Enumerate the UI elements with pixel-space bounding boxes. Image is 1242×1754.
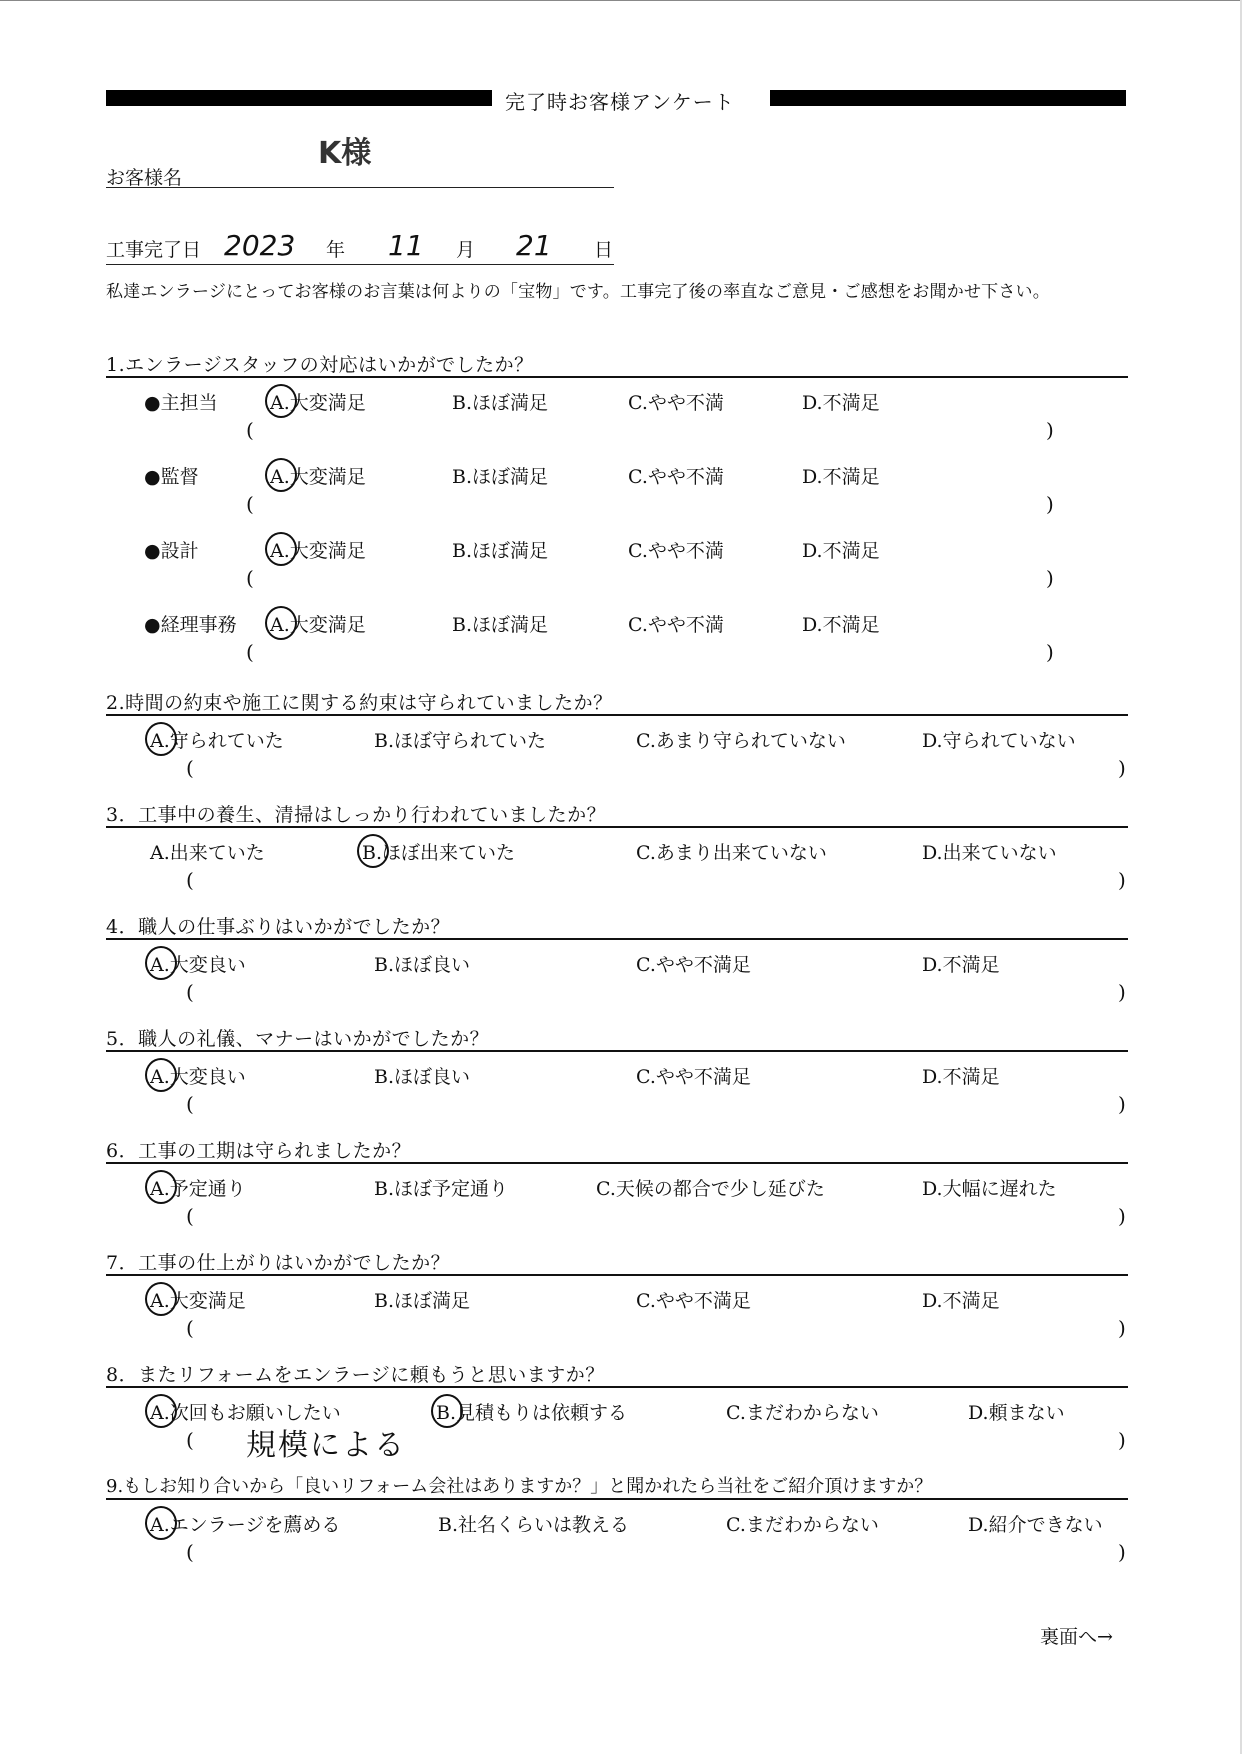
comment-field[interactable]: ( ) — [106, 1540, 1128, 1572]
option-b[interactable]: B.ほぼ満足 — [452, 388, 548, 415]
option-b[interactable]: B.ほぼ守られていた — [374, 726, 546, 753]
option-d[interactable]: D.不満足 — [922, 1062, 1000, 1089]
option-c[interactable]: C.やや不満 — [628, 462, 724, 489]
option-a[interactable]: A.大変満足 — [150, 1286, 246, 1313]
option-label: A.大変満足 — [270, 388, 366, 415]
completion-month-field[interactable]: 11 — [388, 229, 424, 262]
title-bar-left — [106, 90, 492, 106]
option-label: A.大変満足 — [270, 536, 366, 563]
handwritten-comment: 規模による — [246, 1420, 406, 1464]
question-7: 7．工事の仕上がりはいかがでしたか？ A.大変満足 B.ほぼ満足 C.やや不満足… — [106, 1248, 1128, 1348]
customer-name-label: お客様名 — [106, 163, 182, 190]
paren-close: ) — [1046, 640, 1054, 664]
customer-name-field[interactable]: K様 — [318, 128, 371, 172]
completion-year-field[interactable]: 2023 — [224, 229, 295, 262]
completion-day-field[interactable]: 21 — [516, 229, 552, 262]
paren-close: ) — [1118, 980, 1126, 1004]
option-label: A.大変満足 — [270, 610, 366, 637]
option-label: A.守られていた — [150, 726, 284, 753]
option-a[interactable]: A.大変満足 — [270, 536, 366, 563]
options-row: A.予定通り B.ほぼ予定通り C.天候の都合で少し延びた D.大幅に遅れた — [106, 1164, 1128, 1204]
options-row: A.大変満足 B.ほぼ満足 C.やや不満足 D.不満足 — [106, 1276, 1128, 1316]
q1-subitem-design: ●設計 A.大変満足 B.ほぼ満足 C.やや不満 D.不満足 — [106, 526, 1128, 566]
option-label: A.大変満足 — [270, 462, 366, 489]
paren-close: ) — [1118, 1316, 1126, 1340]
option-label: B.見積もりは依頼する — [436, 1398, 627, 1425]
option-a[interactable]: A.予定通り — [150, 1174, 246, 1201]
question-1: 1.エンラージスタッフの対応はいかがでしたか？ ●主担当 A.大変満足 B.ほぼ… — [106, 350, 1128, 672]
option-d[interactable]: D.紹介できない — [968, 1510, 1103, 1537]
question-title: 2.時間の約束や施工に関する約束は守られていましたか？ — [106, 688, 1128, 716]
option-b[interactable]: B.ほぼ良い — [374, 1062, 470, 1089]
options-row: A.大変良い B.ほぼ良い C.やや不満足 D.不満足 — [106, 1052, 1128, 1092]
question-3: 3．工事中の養生、清掃はしっかり行われていましたか？ A.出来ていた B.ほぼ出… — [106, 800, 1128, 900]
option-b[interactable]: B.ほぼ満足 — [374, 1286, 470, 1313]
q1-accounting-comment-field[interactable]: ( ) — [106, 640, 1128, 672]
question-title: 8．またリフォームをエンラージに頼もうと思いますか？ — [106, 1360, 1128, 1388]
option-a[interactable]: A.大変良い — [150, 1062, 246, 1089]
option-b[interactable]: B.ほぼ出来ていた — [362, 838, 515, 865]
day-unit: 日 — [594, 235, 613, 262]
comment-field[interactable]: ( ) — [106, 756, 1128, 788]
option-d[interactable]: D.出来ていない — [922, 838, 1057, 865]
option-d[interactable]: D.守られていない — [922, 726, 1076, 753]
paren-close: ) — [1046, 418, 1054, 442]
paren-open: ( — [186, 1092, 194, 1116]
paren-open: ( — [246, 566, 254, 590]
completion-date-field: 工事完了日 2023 年 11 月 21 日 — [106, 236, 614, 265]
option-d[interactable]: D.不満足 — [802, 536, 880, 563]
question-4: 4．職人の仕事ぶりはいかがでしたか？ A.大変良い B.ほぼ良い C.やや不満足… — [106, 912, 1128, 1012]
paren-open: ( — [186, 1204, 194, 1228]
comment-field[interactable]: ( ) — [106, 1092, 1128, 1124]
option-label: A.エンラージを薦める — [150, 1510, 340, 1537]
option-label: A.大変満足 — [150, 1286, 246, 1313]
q1-subitem-accounting: ●経理事務 A.大変満足 B.ほぼ満足 C.やや不満 D.不満足 — [106, 600, 1128, 640]
scan-top-edge — [0, 0, 1242, 5]
paren-close: ) — [1118, 756, 1126, 780]
option-b[interactable]: B.ほぼ良い — [374, 950, 470, 977]
comment-field[interactable]: ( ) — [106, 1316, 1128, 1348]
paren-close: ) — [1118, 1428, 1126, 1452]
option-d[interactable]: D.頼まない — [968, 1398, 1065, 1425]
option-c[interactable]: C.まだわからない — [726, 1398, 879, 1425]
option-d[interactable]: D.不満足 — [802, 462, 880, 489]
question-8: 8．またリフォームをエンラージに頼もうと思いますか？ A.次回もお願いしたい B… — [106, 1360, 1128, 1460]
question-title: 4．職人の仕事ぶりはいかがでしたか？ — [106, 912, 1128, 940]
option-b[interactable]: B.見積もりは依頼する — [436, 1398, 627, 1425]
option-d[interactable]: D.不満足 — [802, 388, 880, 415]
option-d[interactable]: D.不満足 — [922, 1286, 1000, 1313]
next-page-link[interactable]: 裏面へ→ — [1040, 1622, 1113, 1649]
title-bar-right — [770, 90, 1126, 106]
option-label: A.大変良い — [150, 1062, 246, 1089]
comment-field[interactable]: ( ) — [106, 868, 1128, 900]
paren-close: ) — [1118, 1540, 1126, 1564]
question-2: 2.時間の約束や施工に関する約束は守られていましたか？ A.守られていた B.ほ… — [106, 688, 1128, 788]
option-a[interactable]: A.守られていた — [150, 726, 284, 753]
q1-subitem-main-staff: ●主担当 A.大変満足 B.ほぼ満足 C.やや不満 D.不満足 — [106, 378, 1128, 418]
option-c[interactable]: C.やや不満足 — [636, 1062, 751, 1089]
option-b[interactable]: B.ほぼ予定通り — [374, 1174, 508, 1201]
q1-main-staff-comment-field[interactable]: ( ) — [106, 418, 1128, 450]
question-title: 5．職人の礼儀、マナーはいかがでしたか？ — [106, 1024, 1128, 1052]
q1-supervisor-comment-field[interactable]: ( ) — [106, 492, 1128, 524]
paren-open: ( — [186, 1316, 194, 1340]
question-title: 7．工事の仕上がりはいかがでしたか？ — [106, 1248, 1128, 1276]
paren-open: ( — [186, 1428, 194, 1452]
paren-close: ) — [1118, 868, 1126, 892]
question-6: 6．工事の工期は守られましたか？ A.予定通り B.ほぼ予定通り C.天候の都合… — [106, 1136, 1128, 1236]
paren-close: ) — [1118, 1204, 1126, 1228]
option-d[interactable]: D.不満足 — [922, 950, 1000, 977]
option-c[interactable]: C.やや不満 — [628, 536, 724, 563]
completion-date-label: 工事完了日 — [106, 235, 201, 262]
paren-open: ( — [186, 1540, 194, 1564]
option-c[interactable]: C.あまり出来ていない — [636, 838, 827, 865]
page-title: 完了時お客様アンケート — [505, 86, 735, 115]
option-c[interactable]: C.やや不満足 — [636, 1286, 751, 1313]
option-b[interactable]: B.ほぼ満足 — [452, 462, 548, 489]
option-b[interactable]: B.ほぼ満足 — [452, 536, 548, 563]
year-unit: 年 — [326, 235, 345, 262]
options-row: A.大変良い B.ほぼ良い C.やや不満足 D.不満足 — [106, 940, 1128, 980]
options-row: A.エンラージを薦める B.社名くらいは教える C.まだわからない D.紹介でき… — [106, 1500, 1128, 1540]
options-row: A.守られていた B.ほぼ守られていた C.あまり守られていない D.守られてい… — [106, 716, 1128, 756]
subitem-label: ●監督 — [144, 462, 199, 489]
subitem-label: ●設計 — [144, 536, 199, 563]
comment-field[interactable]: ( 規模による ) — [106, 1428, 1128, 1460]
subitem-label: ●主担当 — [144, 388, 218, 415]
option-a[interactable]: A.大変満足 — [270, 462, 366, 489]
option-a[interactable]: A.大変満足 — [270, 610, 366, 637]
option-a[interactable]: A.大変満足 — [270, 388, 366, 415]
option-c[interactable]: C.やや不満足 — [636, 950, 751, 977]
options-row: A.出来ていた B.ほぼ出来ていた C.あまり出来ていない D.出来ていない — [106, 828, 1128, 868]
option-c[interactable]: C.やや不満 — [628, 388, 724, 415]
option-b[interactable]: B.社名くらいは教える — [438, 1510, 629, 1537]
option-c[interactable]: C.やや不満 — [628, 610, 724, 637]
option-a[interactable]: A.エンラージを薦める — [150, 1510, 340, 1537]
customer-name-underline — [106, 187, 614, 188]
question-5: 5．職人の礼儀、マナーはいかがでしたか？ A.大変良い B.ほぼ良い C.やや不… — [106, 1024, 1128, 1124]
paren-close: ) — [1118, 1092, 1126, 1116]
comment-field[interactable]: ( ) — [106, 1204, 1128, 1236]
comment-field[interactable]: ( ) — [106, 980, 1128, 1012]
paren-open: ( — [186, 868, 194, 892]
q1-design-comment-field[interactable]: ( ) — [106, 566, 1128, 598]
option-label: B.ほぼ出来ていた — [362, 838, 515, 865]
paren-close: ) — [1046, 566, 1054, 590]
option-c[interactable]: C.まだわからない — [726, 1510, 879, 1537]
option-a[interactable]: A.大変良い — [150, 950, 246, 977]
paren-open: ( — [186, 756, 194, 780]
question-title: 3．工事中の養生、清掃はしっかり行われていましたか？ — [106, 800, 1128, 828]
option-a[interactable]: A.出来ていた — [150, 838, 265, 865]
question-1-title: 1.エンラージスタッフの対応はいかがでしたか？ — [106, 350, 1128, 378]
question-title: 6．工事の工期は守られましたか？ — [106, 1136, 1128, 1164]
option-b[interactable]: B.ほぼ満足 — [452, 610, 548, 637]
question-9: 9.もしお知り合いから「良いリフォーム会社はありますか？」と聞かれたら当社をご紹… — [106, 1472, 1128, 1572]
question-title: 9.もしお知り合いから「良いリフォーム会社はありますか？」と聞かれたら当社をご紹… — [106, 1472, 1128, 1500]
option-label: A.予定通り — [150, 1174, 246, 1201]
subitem-label: ●経理事務 — [144, 610, 237, 637]
q1-subitem-supervisor: ●監督 A.大変満足 B.ほぼ満足 C.やや不満 D.不満足 — [106, 452, 1128, 492]
month-unit: 月 — [456, 235, 475, 262]
paren-open: ( — [246, 492, 254, 516]
paren-open: ( — [246, 640, 254, 664]
intro-text: 私達エンラージにとってお客様のお言葉は何よりの「宝物」です。工事完了後の率直なご… — [106, 277, 1050, 302]
paren-close: ) — [1046, 492, 1054, 516]
paren-open: ( — [246, 418, 254, 442]
option-d[interactable]: D.不満足 — [802, 610, 880, 637]
option-label: A.大変良い — [150, 950, 246, 977]
option-c[interactable]: C.天候の都合で少し延びた — [596, 1174, 825, 1201]
paren-open: ( — [186, 980, 194, 1004]
option-d[interactable]: D.大幅に遅れた — [922, 1174, 1057, 1201]
option-c[interactable]: C.あまり守られていない — [636, 726, 846, 753]
